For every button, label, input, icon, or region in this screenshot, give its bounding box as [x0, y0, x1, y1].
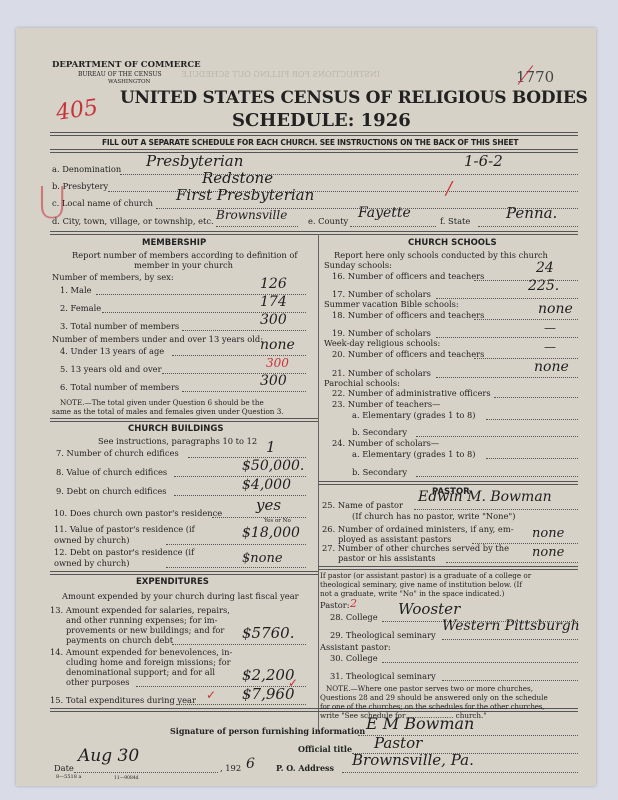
- over-13-label: 5. 13 years old and over: [60, 364, 162, 374]
- membership-subtitle: Report number of members according to de…: [72, 250, 297, 260]
- item14-line: other purposes: [66, 677, 130, 687]
- q26-label: 26. Number of ordained ministers, if any…: [322, 524, 514, 534]
- weekday-label: Week-day religious schools:: [324, 338, 440, 348]
- edifices-debt-field[interactable]: $4,000: [242, 477, 291, 493]
- red-check-mark: ✓: [288, 676, 298, 690]
- own-residence-field[interactable]: yes: [256, 496, 281, 514]
- q21-field[interactable]: none: [534, 359, 569, 375]
- grad-note: not a graduate, write "No" in the space …: [320, 589, 504, 598]
- q27-label-2: pastor or his assistants: [338, 553, 436, 563]
- pastor-note: Questions 28 and 29 should be answered o…: [320, 693, 548, 702]
- male-label: 1. Male: [60, 285, 92, 295]
- pastor-sublabel: Pastor:: [320, 600, 350, 610]
- seminary2-label: 31. Theological seminary: [330, 671, 436, 681]
- pastor-name-field[interactable]: Edwin M. Bowman: [418, 489, 552, 505]
- q23a-label: a. Elementary (grades 1 to 8): [352, 410, 476, 420]
- red-tick-mark: /: [446, 178, 452, 199]
- county-field[interactable]: Fayette: [358, 205, 411, 221]
- schedule-title: SCHEDULE: 1926: [232, 110, 411, 131]
- expenditures-heading: EXPENDITURES: [136, 577, 209, 587]
- buildings-subtitle: See instructions, paragraphs 10 to 12: [98, 436, 257, 446]
- pastor-name-label: 25. Name of pastor: [322, 500, 403, 510]
- q16-label: 16. Number of officers and teachers: [332, 271, 484, 281]
- residence-debt-field[interactable]: $none: [242, 551, 283, 566]
- official-title-label: Official title: [298, 744, 352, 754]
- q20-label: 20. Number of officers and teachers: [332, 349, 484, 359]
- presbytery-label: b. Presbytery: [52, 181, 108, 191]
- q16-field[interactable]: 24: [536, 260, 554, 276]
- sunday-label: Sunday schools:: [324, 260, 392, 270]
- q19-label: 19. Number of scholars: [332, 328, 431, 338]
- item14-line: denominational support; and for all: [66, 667, 215, 677]
- bureau-label: BUREAU OF THE CENSUS: [78, 71, 162, 78]
- over-13-field[interactable]: 300: [266, 356, 289, 370]
- date-label: Date: [54, 763, 74, 773]
- q18-label: 18. Number of officers and teachers: [332, 310, 484, 320]
- item13-line: 13. Amount expended for salaries, repair…: [50, 605, 230, 615]
- by-sex-label: Number of members, by sex:: [52, 272, 174, 282]
- grad-note: theological seminary, give name of insti…: [320, 580, 522, 589]
- edifices-value-label: 8. Value of church edifices: [56, 467, 167, 477]
- item13-line: payments on church debt: [66, 635, 173, 645]
- own-residence-label: 10. Does church own pastor's residence: [54, 508, 222, 518]
- year-field[interactable]: 6: [246, 756, 255, 772]
- buildings-heading: CHURCH BUILDINGS: [128, 424, 224, 434]
- red-reference-number: 405: [54, 95, 99, 126]
- membership-note-2: same as the total of males and females g…: [52, 407, 284, 416]
- total-members-2-label: 6. Total number of members: [60, 382, 179, 392]
- state-field[interactable]: Penna.: [506, 204, 557, 222]
- male-field[interactable]: 126: [260, 276, 287, 292]
- yes-no-hint: Yes or No: [264, 518, 291, 524]
- department-label: DEPARTMENT OF COMMERCE: [52, 60, 201, 70]
- item15-field[interactable]: $7,960: [242, 685, 295, 703]
- item15-label: 15. Total expenditures during year: [50, 695, 196, 705]
- print-number: 11—9084d: [114, 776, 139, 781]
- q27-field[interactable]: none: [532, 545, 564, 560]
- city-label: WASHINGTON: [108, 79, 150, 85]
- local-name-label: c. Local name of church: [52, 198, 153, 208]
- q17-field[interactable]: 225.: [528, 278, 559, 294]
- red-pastor-mark: 2: [350, 597, 357, 610]
- code-field[interactable]: 1-6-2: [464, 152, 503, 170]
- college-label: 28. College: [330, 612, 378, 622]
- item13-line: and other running expenses; for im-: [66, 615, 217, 625]
- q27-label: 27. Number of other churches served by t…: [322, 543, 509, 553]
- signature-label: Signature of person furnishing informati…: [170, 726, 365, 736]
- denomination-label: a. Denomination: [52, 164, 121, 174]
- presbytery-field[interactable]: Redstone: [202, 169, 273, 187]
- under-13-field[interactable]: none: [260, 337, 295, 353]
- pastor-name-hint: (If church has no pastor, write "None"): [352, 511, 515, 521]
- edifices-label: 7. Number of church edifices: [56, 448, 179, 458]
- expenditures-subtitle: Amount expended by your church during la…: [62, 591, 299, 601]
- under-13-label: 4. Under 13 years of age: [60, 346, 164, 356]
- state-label: f. State: [440, 216, 470, 226]
- pastor-note: NOTE.—Where one pastor serves two or mor…: [326, 684, 533, 693]
- date-field[interactable]: Aug 30: [78, 746, 139, 766]
- grad-note: If pastor (or assistant pastor) is a gra…: [320, 571, 531, 580]
- census-form-sheet: INSTRUCTIONS FOR FILLING OUT SCHEDULE DE…: [16, 28, 596, 786]
- q24-label: 24. Number of scholars—: [332, 438, 439, 448]
- q26-field[interactable]: none: [532, 526, 564, 541]
- q17-label: 17. Number of scholars: [332, 289, 431, 299]
- q19-field[interactable]: —: [544, 321, 556, 335]
- residence-value-field[interactable]: $18,000: [242, 525, 300, 541]
- form-number: 8—5518 a: [56, 774, 81, 780]
- total-members-2-field[interactable]: 300: [260, 373, 287, 389]
- college2-label: 30. College: [330, 653, 378, 663]
- edifices-field[interactable]: 1: [266, 438, 276, 456]
- seminary-field[interactable]: Western Pittsburgh: [442, 618, 580, 634]
- schools-heading: CHURCH SCHOOLS: [408, 238, 497, 248]
- instructions-banner: FILL OUT A SEPARATE SCHEDULE FOR EACH CH…: [102, 138, 518, 147]
- address-label: P. O. Address: [276, 763, 334, 773]
- signature-field[interactable]: E M Bowman: [366, 714, 474, 733]
- college-field[interactable]: Wooster: [398, 600, 460, 618]
- pastor-note: for one of the churches; on the schedule…: [320, 702, 544, 711]
- membership-subtitle-2: member in your church: [134, 260, 233, 270]
- q18-field[interactable]: none: [538, 301, 573, 317]
- residence-debt-label: 12. Debt on pastor's residence (if owned…: [54, 547, 224, 569]
- red-check-mark: ✓: [206, 688, 216, 702]
- membership-note: NOTE.—The total given under Question 6 s…: [60, 398, 264, 407]
- edifices-debt-label: 9. Debt on church edifices: [56, 486, 167, 496]
- local-name-field[interactable]: First Presbyterian: [176, 186, 314, 204]
- form-title: UNITED STATES CENSUS OF RELIGIOUS BODIES: [120, 88, 587, 108]
- county-label: e. County: [308, 216, 348, 226]
- female-field[interactable]: 174: [260, 294, 287, 310]
- total-members-field[interactable]: 300: [260, 312, 287, 328]
- seminary-label: 29. Theological seminary: [330, 630, 436, 640]
- q24b-label: b. Secondary: [352, 467, 407, 477]
- female-label: 2. Female: [60, 303, 101, 313]
- total-members-label: 3. Total number of members: [60, 321, 179, 331]
- membership-heading: MEMBERSHIP: [142, 238, 206, 248]
- q20-field[interactable]: —: [544, 340, 556, 354]
- item14-field[interactable]: $2,200: [242, 666, 295, 684]
- item13-field[interactable]: $5760.: [242, 624, 295, 642]
- item14-line: cluding home and foreign missions; for: [66, 657, 231, 667]
- q24a-label: a. Elementary (grades 1 to 8): [352, 449, 476, 459]
- city-label-field: d. City, town, village, or township, etc…: [52, 216, 214, 226]
- edifices-value-field[interactable]: $50,000.: [242, 458, 304, 474]
- item14-line: 14. Amount expended for benevolences, in…: [50, 647, 232, 657]
- q23-label: 23. Number of teachers—: [332, 399, 440, 409]
- vacation-label: Summer vacation Bible schools:: [324, 299, 459, 309]
- schools-subtitle: Report here only schools conducted by th…: [334, 250, 548, 260]
- age-label: Number of members under and over 13 year…: [52, 334, 263, 344]
- q21-label: 21. Number of scholars: [332, 368, 431, 378]
- q22-label: 22. Number of administrative officers: [332, 388, 491, 398]
- q23b-label: b. Secondary: [352, 427, 407, 437]
- official-title-field[interactable]: Pastor: [374, 734, 422, 752]
- address-field[interactable]: Brownsville, Pa.: [352, 751, 474, 769]
- bleed-through-text: INSTRUCTIONS FOR FILLING OUT SCHEDULE: [181, 70, 380, 79]
- parochial-label: Parochial schools:: [324, 378, 400, 388]
- year-prefix: , 192: [220, 763, 241, 773]
- residence-value-label: 11. Value of pastor's residence (if owne…: [54, 524, 224, 546]
- item13-line: provements or new buildings; and for: [66, 625, 224, 635]
- city-field[interactable]: Brownsville: [216, 208, 287, 222]
- denomination-field[interactable]: Presbyterian: [146, 152, 243, 170]
- assistant-label: Assistant pastor:: [320, 642, 391, 652]
